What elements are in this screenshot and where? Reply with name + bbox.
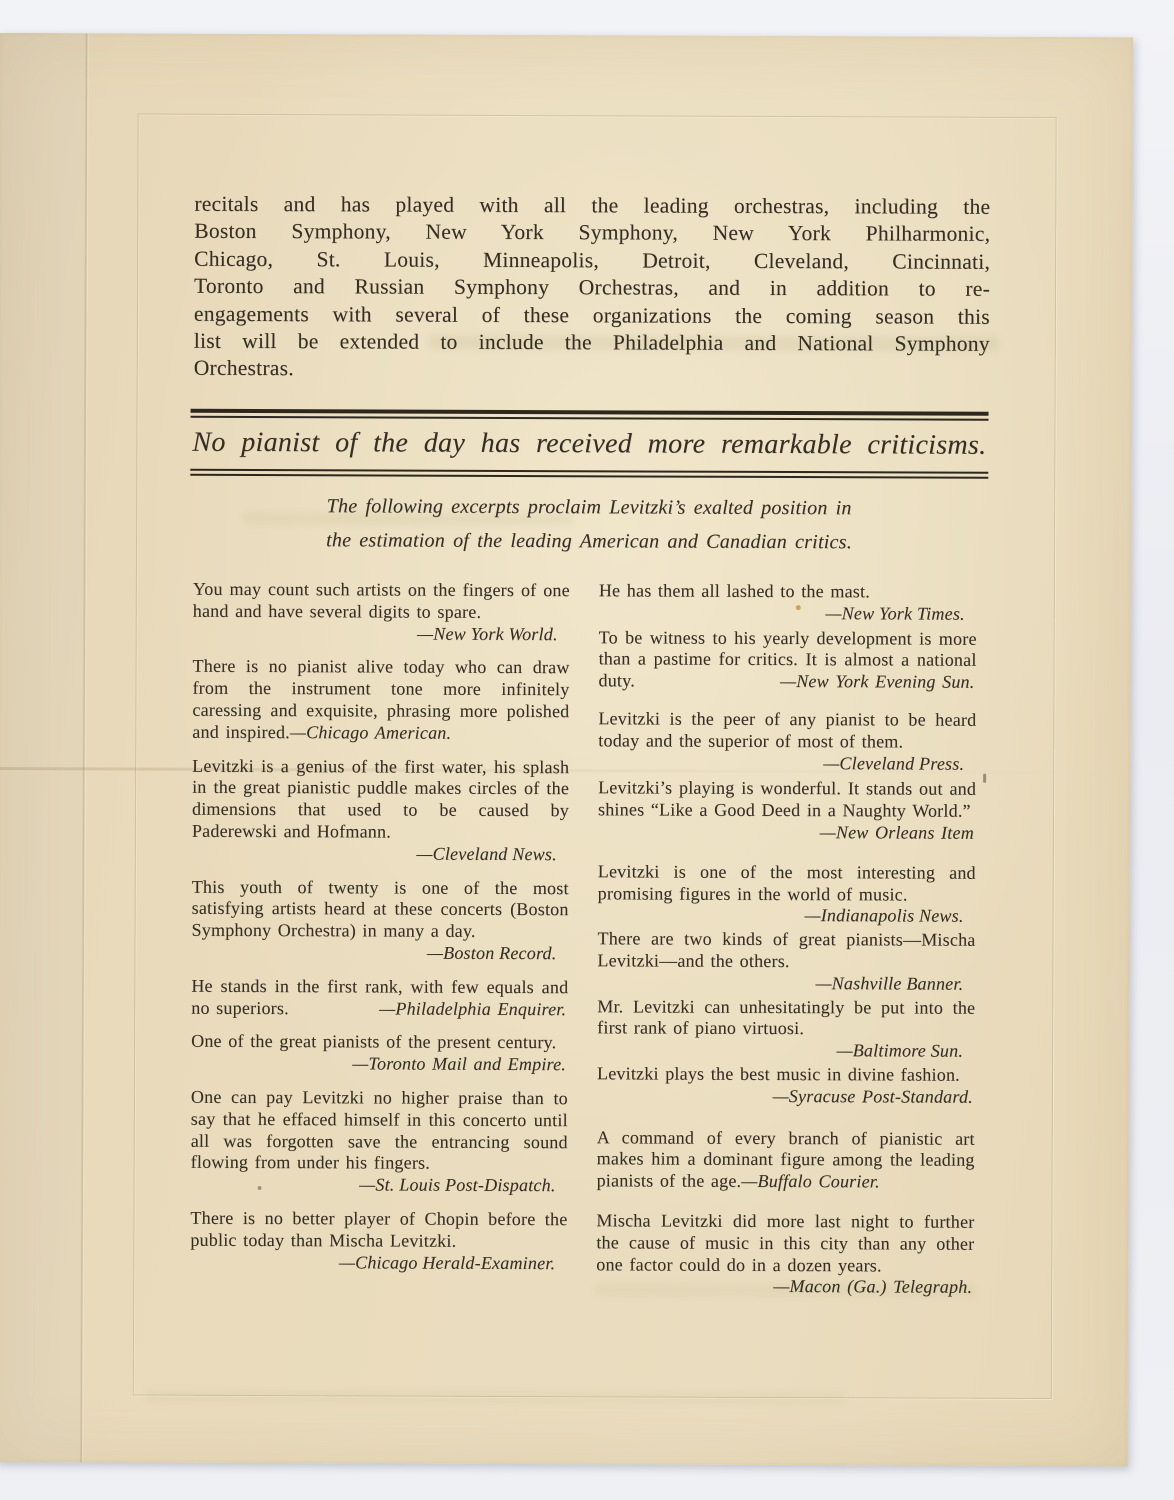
quote-attribution: —Baltimore Sun. [597, 1039, 975, 1062]
quote-attribution: —Macon (Ga.) Telegraph. [773, 1276, 974, 1299]
quote-attribution: —Chicago Herald-Examiner. [190, 1251, 567, 1274]
subheading-line: The following excerpts proclaim Levitzki… [190, 489, 988, 526]
press-quote: There are two kinds of great pianists—Mi… [597, 928, 975, 995]
quote-text: One can pay Levitzki no higher praise th… [191, 1087, 568, 1176]
quote-text: A command of every branch of pianistic a… [597, 1127, 975, 1194]
intro-line: Boston Symphony, New York Symphony, New … [194, 218, 990, 248]
press-quote: Mischa Levitzki did more last night to f… [596, 1210, 974, 1299]
quote-attribution: —Chicago American. [290, 722, 451, 743]
press-quote: This youth of twenty is one of the most … [191, 876, 568, 965]
quote-attribution: —New York Times. [599, 602, 977, 625]
intro-line: Orchestras. [194, 355, 990, 385]
intro-paragraph: recitals and has played with all the lea… [194, 191, 991, 386]
quote-text: Mischa Levitzki did more last night to f… [596, 1210, 974, 1277]
quote-attribution: —Indianapolis News. [598, 905, 976, 928]
press-quote: One of the great pianists of the present… [191, 1031, 568, 1076]
quote-attribution: —Cleveland Press. [598, 752, 976, 775]
quotes-column-left: You may count such artists on the finger… [190, 579, 570, 1275]
press-quote: Levitzki is a genius of the first water,… [192, 755, 569, 865]
quote-text: To be witness to his yearly development … [598, 627, 976, 694]
quote-text: Levitzki is one of the most interesting … [598, 861, 976, 906]
press-quote: To be witness to his yearly development … [598, 627, 976, 694]
headline: No pianist of the day has received more … [190, 418, 988, 472]
quote-text: Levitzki is a genius of the first water,… [192, 755, 569, 844]
quote-text: One of the great pianists of the present… [191, 1031, 568, 1054]
press-quote: You may count such artists on the finger… [193, 579, 570, 646]
press-quote: There is no better player of Chopin befo… [190, 1208, 567, 1275]
quote-attribution: —Philadelphia Enquirer. [379, 998, 568, 1021]
press-quote: Levitzki is the peer of any pianist to b… [598, 708, 976, 775]
quote-text: Levitzki plays the best music in divine … [597, 1063, 975, 1086]
scan-background: recitals and has played with all the lea… [0, 0, 1174, 1500]
press-quote: Levitzki plays the best music in divine … [597, 1063, 975, 1108]
program-page: recitals and has played with all the lea… [0, 33, 1133, 1466]
folded-margin-panel [0, 33, 86, 1462]
intro-line: engagements with several of these organi… [194, 300, 990, 330]
quotes-column-right: He has them all lashed to the mast. —New… [596, 580, 977, 1299]
intro-line: list will be extended to include the Phi… [194, 328, 990, 358]
subheading-line: the estimation of the leading American a… [190, 523, 988, 560]
press-quote: One can pay Levitzki no higher praise th… [191, 1087, 568, 1197]
quote-attribution: —New Orleans Item [820, 822, 976, 844]
press-quote: He has them all lashed to the mast. —New… [599, 580, 977, 625]
quote-text: He has them all lashed to the mast. [599, 580, 977, 603]
quote-text: He stands in the first rank, with few eq… [191, 975, 568, 1020]
quote-text: There is no better player of Chopin befo… [190, 1208, 567, 1253]
quote-attribution: —New York World. [193, 622, 570, 645]
quote-text: There are two kinds of great pianists—Mi… [597, 928, 975, 973]
quote-text: There is no pianist alive today who can … [192, 656, 569, 745]
quote-text: Mr. Levitzki can unhesitatingly be put i… [597, 996, 975, 1041]
intro-line: recitals and has played with all the lea… [194, 191, 990, 221]
show-through-ghost [145, 1390, 845, 1405]
subheading: The following excerpts proclaim Levitzki… [190, 489, 988, 560]
press-quote: Levitzki is one of the most interesting … [598, 861, 976, 928]
quote-attribution: —Boston Record. [191, 942, 568, 965]
quote-text: Levitzki’s playing is wonderful. It stan… [598, 778, 976, 823]
quote-attribution: —Syracuse Post-Standard. [773, 1086, 975, 1109]
press-quote: Mr. Levitzki can unhesitatingly be put i… [597, 996, 975, 1063]
press-quote: There is no pianist alive today who can … [192, 656, 569, 745]
quote-attribution: —Cleveland News. [192, 843, 569, 866]
quote-attribution: —New York Evening Sun. [780, 671, 977, 694]
quote-attribution: —Buffalo Courier. [741, 1171, 880, 1192]
quote-attribution: —Toronto Mail and Empire. [352, 1054, 568, 1077]
press-quote: Levitzki’s playing is wonderful. It stan… [598, 778, 976, 845]
quote-attribution: —Nashville Banner. [597, 972, 975, 995]
quote-text: This youth of twenty is one of the most … [192, 876, 569, 943]
press-quote: He stands in the first rank, with few eq… [191, 975, 568, 1020]
intro-line: Toronto and Russian Symphony Orchestras,… [194, 273, 990, 303]
quote-text: Levitzki is the peer of any pianist to b… [598, 708, 976, 753]
headline-section: No pianist of the day has received more … [190, 409, 988, 479]
intro-line: Chicago, St. Louis, Minneapolis, Detroit… [194, 246, 990, 276]
quote-attribution: —St. Louis Post-Dispatch. [191, 1174, 568, 1197]
press-quote: A command of every branch of pianistic a… [597, 1127, 975, 1194]
paper-speck [983, 774, 986, 783]
quote-text: You may count such artists on the finger… [193, 579, 570, 624]
